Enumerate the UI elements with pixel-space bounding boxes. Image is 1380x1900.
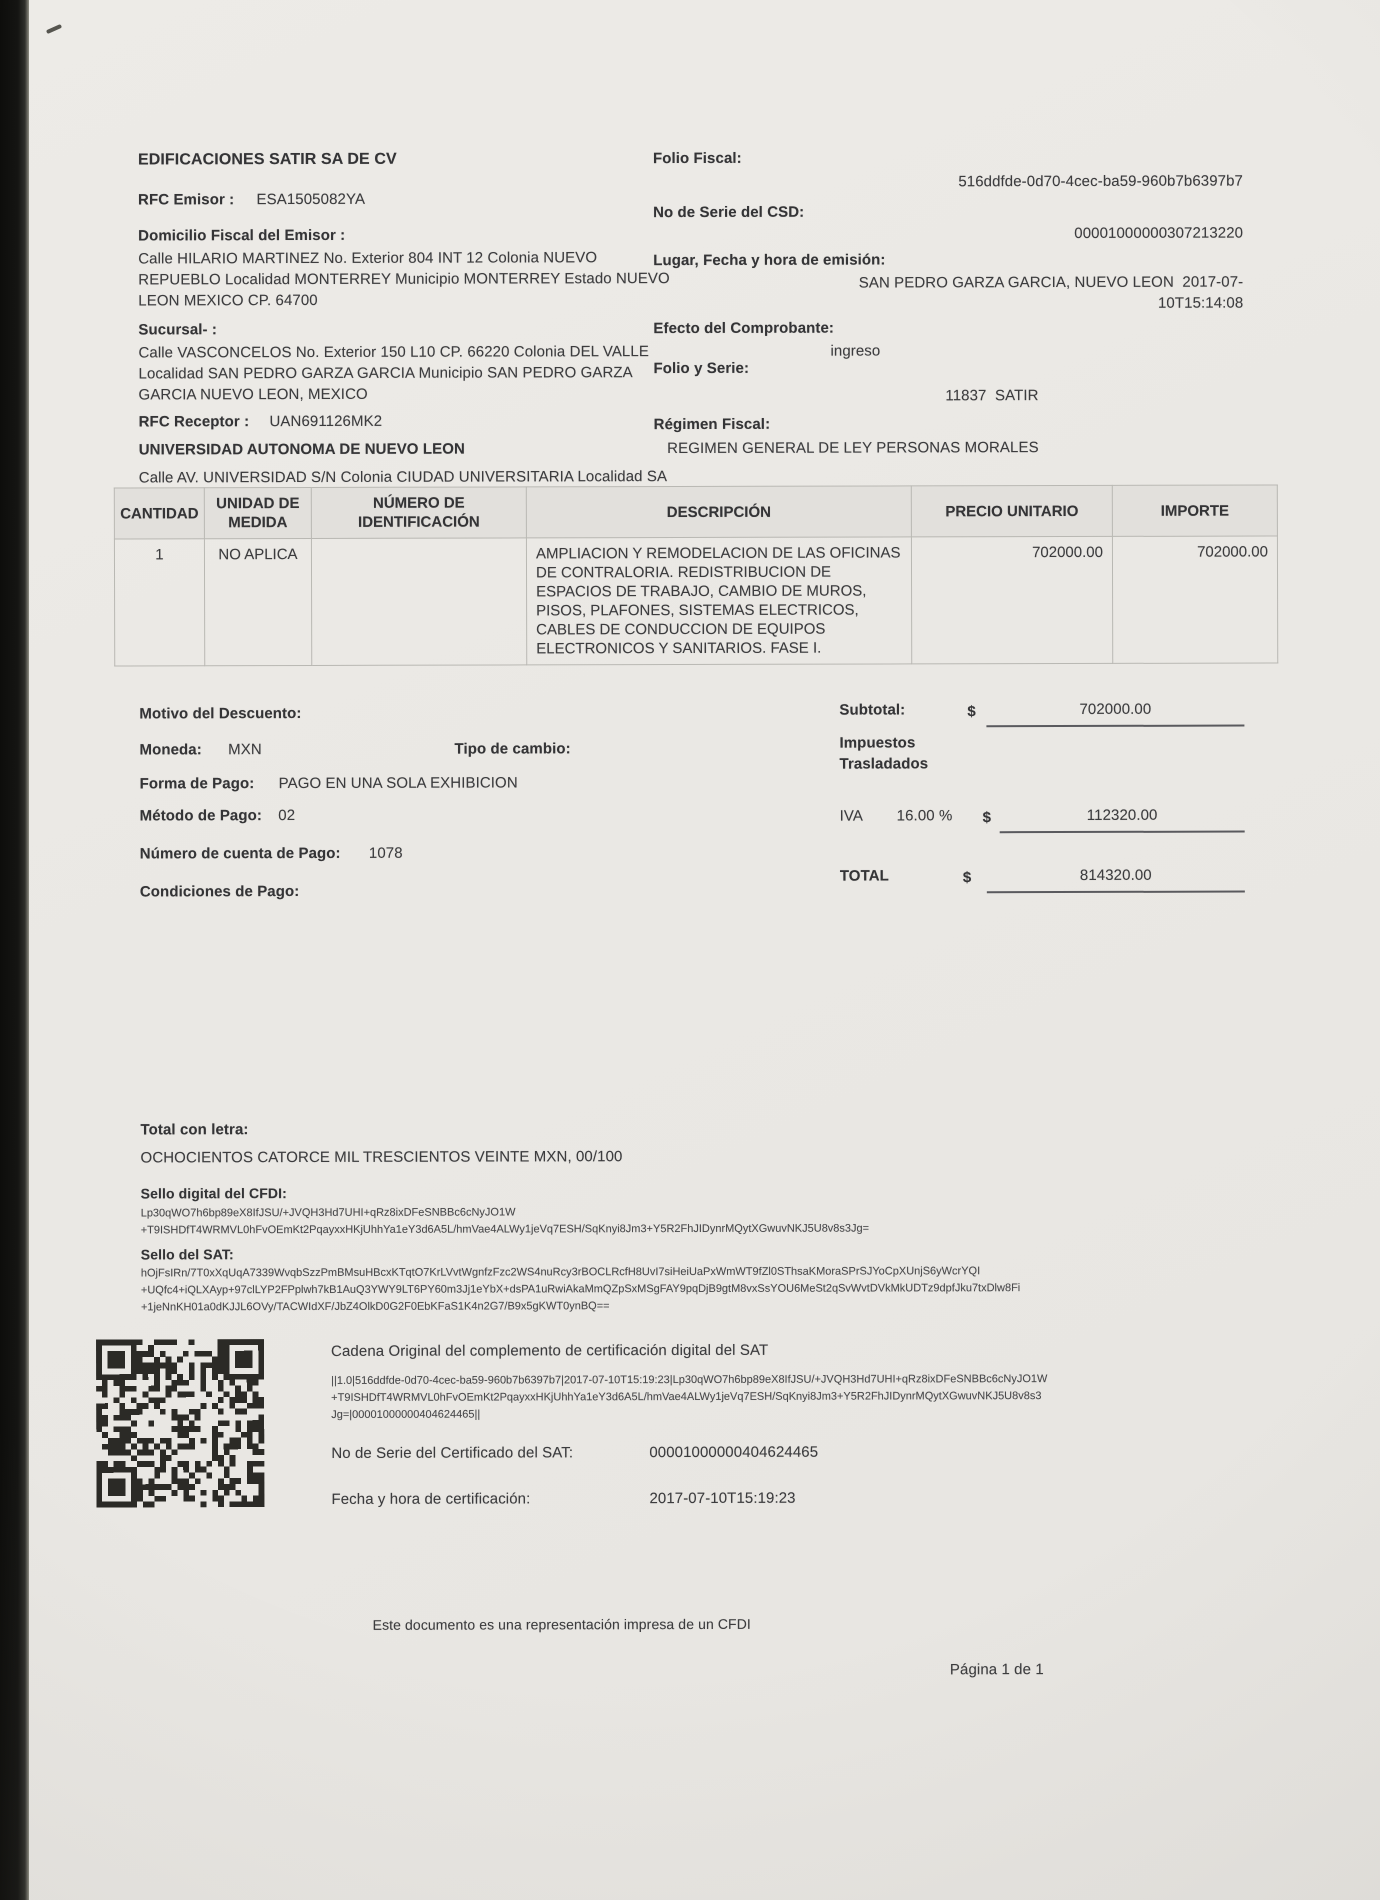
sat-qr-code (96, 1339, 264, 1507)
cfdi-footer-note: Este documento es una representación imp… (302, 1614, 822, 1636)
items-table: CANTIDAD UNIDAD DE MEDIDA NÚMERO DE IDEN… (114, 484, 1278, 666)
rfc-emisor-value: ESA1505082YA (239, 191, 366, 208)
lugar-fecha-line: 10T15:14:08 (653, 293, 1243, 316)
metodo-pago-value: 02 (266, 807, 295, 824)
item-importe: 702000.00 (1112, 536, 1277, 663)
sucursal-address: Calle VASCONCELOS No. Exterior 150 L10 C… (138, 341, 649, 405)
total-letra-value: OCHOCIENTOS CATORCE MIL TRESCIENTOS VEIN… (141, 1146, 623, 1168)
subtotal-underline (986, 725, 1244, 728)
motivo-descuento-label: Motivo del Descuento: (139, 703, 301, 724)
condiciones-pago-label: Condiciones de Pago: (140, 881, 300, 902)
rfc-receptor-row: RFC Receptor : UAN691126MK2 (139, 411, 383, 433)
csd-serial-value: 00001000000307213220 (653, 223, 1243, 246)
total-letra-label: Total con letra: (140, 1119, 248, 1140)
fecha-certificacion-value: 2017-07-10T15:19:23 (649, 1488, 795, 1509)
receptor-name: UNIVERSIDAD AUTONOMA DE NUEVO LEON (139, 439, 465, 461)
item-descripcion: AMPLIACION Y REMODELACION DE LAS OFICINA… (526, 537, 911, 665)
sello-cfdi-text: Lp30qWO7h6bp89eX8IfJSU/+JVQH3Hd7UHI+qRz8… (141, 1204, 869, 1240)
item-cantidad: 1 (114, 539, 204, 666)
lugar-fecha-label: Lugar, Fecha y hora de emisión: (653, 249, 885, 271)
moneda-label: Moneda: (139, 741, 201, 758)
subtotal-label: Subtotal: (839, 699, 905, 720)
cuenta-pago-label: Número de cuenta de Pago: (140, 845, 341, 863)
moneda-value: MXN (206, 741, 262, 758)
item-precio-unitario: 702000.00 (911, 536, 1112, 664)
folio-serie-value: 11837 SATIR (654, 385, 1039, 407)
emitter-name: EDIFICACIONES SATIR SA DE CV (138, 149, 397, 171)
sucursal-line: Calle VASCONCELOS No. Exterior 150 L10 C… (138, 341, 649, 363)
sello-cfdi-line: Lp30qWO7h6bp89eX8IfJSU/+JVQH3Hd7UHI+qRz8… (141, 1204, 869, 1223)
total-underline (987, 891, 1245, 894)
lugar-fecha-line: SAN PEDRO GARZA GARCIA, NUEVO LEON 2017-… (653, 272, 1243, 295)
serie-certificado-sat-label: No de Serie del Certificado del SAT: (331, 1442, 573, 1464)
metodo-pago-row: Método de Pago: 02 (140, 805, 296, 826)
item-unidad: NO APLICA (204, 538, 311, 665)
cadena-original-line: +T9ISHDfT4WRMVL0hFvOEmKt2PqayxxHKjUhhYa1… (331, 1388, 1047, 1407)
domicilio-line: LEON MEXICO CP. 64700 (138, 289, 670, 311)
total-label: TOTAL (840, 865, 889, 886)
sello-cfdi-label: Sello digital del CFDI: (141, 1183, 287, 1204)
cadena-original-text: ||1.0|516ddfde-0d70-4cec-ba59-960b7b6397… (331, 1371, 1047, 1424)
tipo-cambio-label: Tipo de cambio: (454, 738, 570, 759)
folio-fiscal-label: Folio Fiscal: (653, 148, 742, 169)
impuestos-trasladados-label: Impuestos Trasladados (839, 732, 939, 774)
iva-rate: 16.00 % (897, 805, 953, 826)
sello-sat-label: Sello del SAT: (141, 1244, 234, 1265)
sucursal-label: Sucursal- : (138, 319, 217, 340)
lugar-fecha-value: SAN PEDRO GARZA GARCIA, NUEVO LEON 2017-… (653, 272, 1243, 316)
folio-fiscal-value: 516ddfde-0d70-4cec-ba59-960b7b6397b7 (653, 171, 1243, 194)
iva-currency: $ (983, 807, 992, 828)
efecto-comprobante-label: Efecto del Comprobante: (653, 318, 834, 339)
iva-underline (1000, 831, 1245, 834)
item-numero-identificacion (311, 538, 526, 666)
domicilio-fiscal-address: Calle HILARIO MARTINEZ No. Exterior 804 … (138, 247, 670, 311)
cadena-original-line: Jg=|00001000000404624465|| (331, 1405, 1047, 1424)
iva-label: IVA (840, 806, 863, 827)
sucursal-line: GARCIA NUEVO LEON, MEXICO (139, 383, 650, 405)
items-table-header-row: CANTIDAD UNIDAD DE MEDIDA NÚMERO DE IDEN… (114, 485, 1277, 539)
cuenta-pago-row: Número de cuenta de Pago: 1078 (140, 843, 403, 865)
cadena-original-label: Cadena Original del complemento de certi… (331, 1340, 768, 1362)
sello-sat-line: +1jeNnKH01a0dKJJL6OVy/TACWIdXF/JbZ4OlkD0… (141, 1297, 1020, 1316)
subtotal-currency: $ (967, 701, 976, 722)
rfc-emisor-row: RFC Emisor : ESA1505082YA (138, 189, 365, 211)
forma-pago-value: PAGO EN UNA SOLA EXHIBICION (259, 774, 518, 792)
csd-serial-label: No de Serie del CSD: (653, 202, 804, 223)
receptor-address-clipped: Calle AV. UNIVERSIDAD S/N Colonia CIUDAD… (139, 466, 739, 487)
domicilio-fiscal-label: Domicilio Fiscal del Emisor : (138, 225, 345, 247)
col-header-importe: IMPORTE (1112, 485, 1277, 536)
document-page: EDIFICACIONES SATIR SA DE CV RFC Emisor … (0, 0, 1380, 1900)
col-header-unidad: UNIDAD DE MEDIDA (204, 487, 311, 538)
efecto-comprobante-value: ingreso (830, 340, 880, 361)
domicilio-line: Calle HILARIO MARTINEZ No. Exterior 804 … (138, 247, 670, 269)
sucursal-line: Localidad SAN PEDRO GARZA GARCIA Municip… (138, 362, 649, 384)
rfc-receptor-label: RFC Receptor : (139, 413, 250, 430)
total-currency: $ (963, 867, 972, 888)
rfc-emisor-label: RFC Emisor : (138, 191, 234, 208)
item-row: 1 NO APLICA AMPLIACION Y REMODELACION DE… (114, 536, 1277, 666)
col-header-precio-unitario: PRECIO UNITARIO (911, 485, 1112, 537)
fecha-certificacion-label: Fecha y hora de certificación: (331, 1488, 530, 1510)
iva-value: 112320.00 (1000, 805, 1245, 827)
sello-sat-text: hOjFsIRn/7T0xXqUqA7339WvqbSzzPmBMsuHBcxK… (141, 1263, 1020, 1316)
page-number: Página 1 de 1 (950, 1659, 1044, 1680)
sello-sat-line: +UQfc4+iQLXAyp+97clLYP2FPplwh7kB1AuQ3YWY… (141, 1280, 1020, 1299)
serie-certificado-sat-value: 00001000000404624465 (649, 1442, 818, 1463)
total-value: 814320.00 (987, 865, 1245, 887)
regimen-fiscal-label: Régimen Fiscal: (654, 414, 771, 435)
regimen-fiscal-value: REGIMEN GENERAL DE LEY PERSONAS MORALES (654, 437, 1039, 459)
col-header-cantidad: CANTIDAD (114, 488, 204, 539)
subtotal-value: 702000.00 (986, 699, 1244, 721)
folio-serie-label: Folio y Serie: (653, 358, 749, 379)
forma-pago-row: Forma de Pago: PAGO EN UNA SOLA EXHIBICI… (140, 772, 518, 794)
cadena-original-line: ||1.0|516ddfde-0d70-4cec-ba59-960b7b6397… (331, 1371, 1047, 1390)
sello-cfdi-line: +T9ISHDfT4WRMVL0hFvOEmKt2PqayxxHKjUhhYa1… (141, 1221, 869, 1240)
cuenta-pago-value: 1078 (345, 845, 403, 862)
rfc-receptor-value: UAN691126MK2 (253, 413, 382, 430)
domicilio-line: REPUEBLO Localidad MONTERREY Municipio M… (138, 268, 670, 290)
col-header-descripcion: DESCRIPCIÓN (526, 486, 911, 538)
moneda-row: Moneda: MXN (139, 739, 261, 760)
metodo-pago-label: Método de Pago: (140, 807, 262, 824)
forma-pago-label: Forma de Pago: (140, 775, 255, 792)
col-header-numero-identificacion: NÚMERO DE IDENTIFICACIÓN (311, 487, 526, 539)
